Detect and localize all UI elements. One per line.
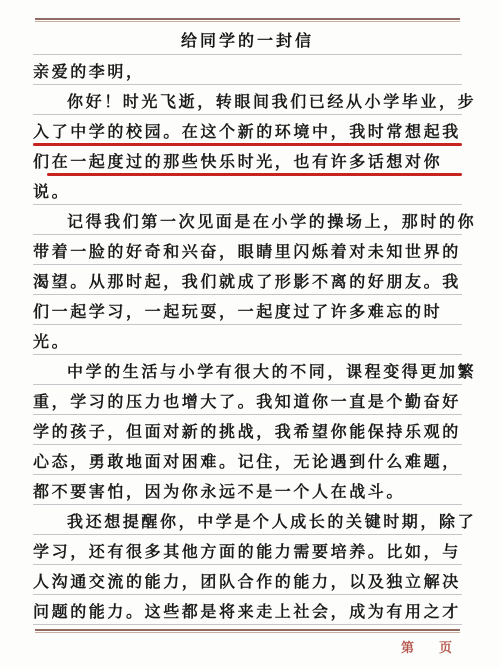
letter-paper-sheet: 给同学的一封信 亲爱的李明， 你好！时光飞逝，转眼间我们已经从小学毕业，步 入了… bbox=[0, 0, 500, 668]
letter-line: 渴望。从那时起，我们就成了形影不离的好朋友。我 bbox=[33, 265, 462, 295]
letter-line: 带着一脸的好奇和兴奋，眼睛里闪烁着对未知世界的 bbox=[33, 235, 462, 265]
letter-line: 光。 bbox=[33, 325, 462, 355]
letter-line: 入了中学的校园。在这个新的环境中，我时常想起我 bbox=[33, 115, 462, 145]
letter-line-text: 光。 bbox=[33, 329, 70, 352]
letter-body: 给同学的一封信 亲爱的李明， 你好！时光飞逝，转眼间我们已经从小学毕业，步 入了… bbox=[33, 22, 462, 625]
letter-line-text: 学习，还有很多其他方面的能力需要培养。比如，与 bbox=[33, 539, 461, 562]
page-footer: 第页 bbox=[401, 637, 452, 656]
letter-line: 学的孩子，但面对新的挑战，我希望你能保持乐观的 bbox=[33, 415, 462, 445]
letter-line-text: 心态，勇敢地面对困难。记住，无论遇到什么难题， bbox=[33, 449, 461, 472]
bottom-margin-rule bbox=[35, 629, 460, 633]
letter-line: 心态，勇敢地面对困难。记住，无论遇到什么难题， bbox=[33, 445, 462, 475]
letter-line-text: 带着一脸的好奇和兴奋，眼睛里闪烁着对未知世界的 bbox=[33, 239, 461, 262]
letter-line-text: 亲爱的李明， bbox=[33, 59, 145, 82]
letter-line-text: 们一起学习，一起玩耍，一起度过了许多难忘的时 bbox=[33, 299, 442, 322]
letter-line-text: 你好！时光飞逝，转眼间我们已经从小学毕业，步 bbox=[67, 89, 476, 112]
letter-line: 亲爱的李明， bbox=[33, 55, 462, 85]
letter-line-text: 们在一起度过的那些快乐时光，也有许多话想对你 bbox=[33, 149, 442, 172]
letter-line: 我还想提醒你，中学是个人成长的关键时期，除了 bbox=[33, 505, 462, 535]
letter-line-text: 中学的生活与小学有很大的不同，课程变得更加繁 bbox=[67, 359, 476, 382]
letter-line-text: 都不要害怕，因为你永远不是一个人在战斗。 bbox=[33, 479, 405, 502]
footer-page-prefix: 第 bbox=[401, 641, 414, 656]
letter-title: 给同学的一封信 bbox=[33, 28, 462, 51]
letter-line: 学习，还有很多其他方面的能力需要培养。比如，与 bbox=[33, 535, 462, 565]
letter-line-text: 入了中学的校园。在这个新的环境中，我时常想起我 bbox=[33, 119, 461, 142]
letter-line: 们在一起度过的那些快乐时光，也有许多话想对你 bbox=[33, 145, 462, 175]
letter-line-text: 重，学习的压力也增大了。我知道你一直是个勤奋好 bbox=[33, 389, 461, 412]
ruled-line bbox=[33, 624, 462, 625]
letter-line: 人沟通交流的能力，团队合作的能力，以及独立解决 bbox=[33, 565, 462, 595]
letter-line-text: 渴望。从那时起，我们就成了形影不离的好朋友。我 bbox=[33, 269, 461, 292]
letter-line: 问题的能力。这些都是将来走上社会，成为有用之才 bbox=[33, 595, 462, 625]
letter-line: 都不要害怕，因为你永远不是一个人在战斗。 bbox=[33, 475, 462, 505]
letter-line: 们一起学习，一起玩耍，一起度过了许多难忘的时 bbox=[33, 295, 462, 325]
letter-line: 记得我们第一次见面是在小学的操场上，那时的你 bbox=[33, 205, 462, 235]
letter-line-text: 说。 bbox=[33, 179, 70, 202]
title-row: 给同学的一封信 bbox=[33, 22, 462, 55]
letter-line: 重，学习的压力也增大了。我知道你一直是个勤奋好 bbox=[33, 385, 462, 415]
letter-line: 你好！时光飞逝，转眼间我们已经从小学毕业，步 bbox=[33, 85, 462, 115]
letter-line-text: 人沟通交流的能力，团队合作的能力，以及独立解决 bbox=[33, 569, 461, 592]
footer-page-suffix: 页 bbox=[439, 641, 452, 656]
letter-line-text: 学的孩子，但面对新的挑战，我希望你能保持乐观的 bbox=[33, 419, 461, 442]
letter-line: 说。 bbox=[33, 175, 462, 205]
letter-line-text: 问题的能力。这些都是将来走上社会，成为有用之才 bbox=[33, 599, 461, 622]
letter-line-text: 记得我们第一次见面是在小学的操场上，那时的你 bbox=[67, 209, 476, 232]
letter-line-text: 我还想提醒你，中学是个人成长的关键时期，除了 bbox=[67, 509, 476, 532]
letter-line: 中学的生活与小学有很大的不同，课程变得更加繁 bbox=[33, 355, 462, 385]
